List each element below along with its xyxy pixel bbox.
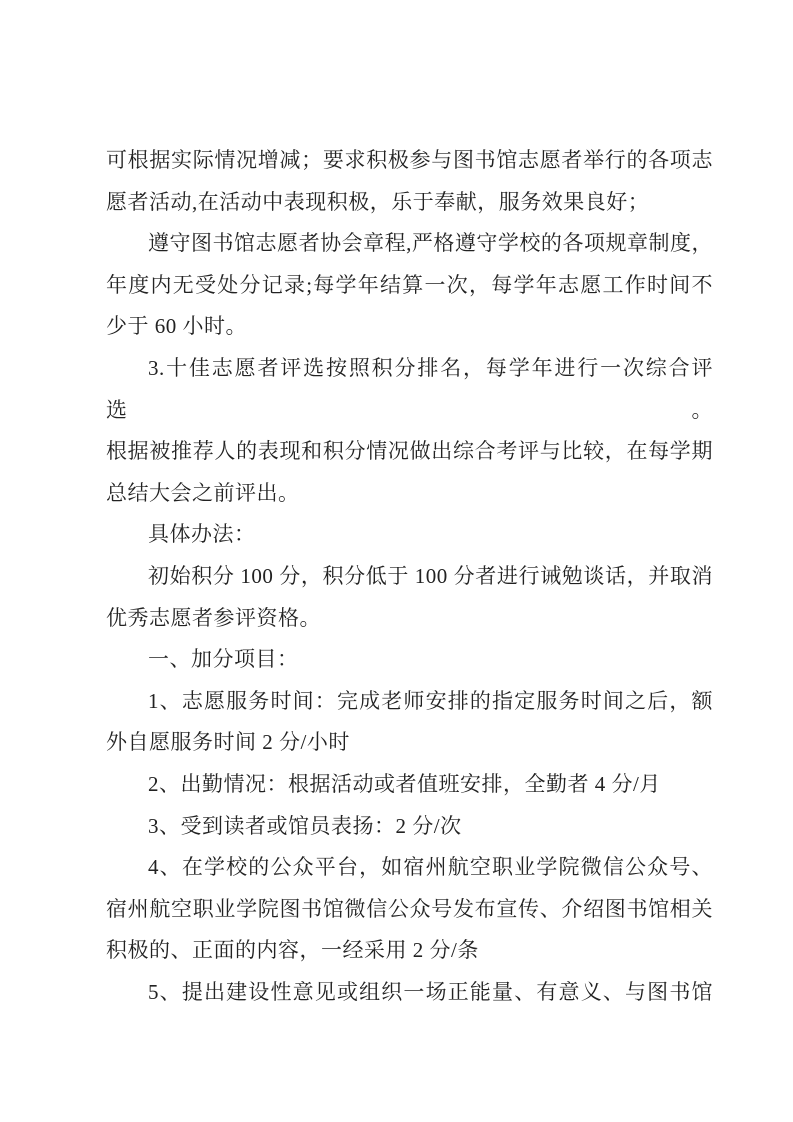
text-line: 积极的、正面的内容，一经采用 2 分/条	[106, 930, 713, 972]
document-page: 可根据实际情况增减；要求积极参与图书馆志愿者举行的各项志 愿者活动,在活动中表现…	[0, 0, 793, 1122]
text-line: 4、在学校的公众平台，如宿州航空职业学院微信公众号、	[106, 847, 713, 889]
text-line: 初始积分 100 分，积分低于 100 分者进行诫勉谈话，并取消	[106, 556, 713, 598]
text-line: 总结大会之前评出。	[106, 473, 713, 515]
text-line: 外自愿服务时间 2 分/小时	[106, 722, 713, 764]
text-line: 5、提出建设性意见或组织一场正能量、有意义、与图书馆	[106, 972, 713, 1014]
text-line: 2、出勤情况：根据活动或者值班安排，全勤者 4 分/月	[106, 764, 713, 806]
text-line: 根据被推荐人的表现和积分情况做出综合考评与比较，在每学期	[106, 431, 713, 473]
text-line: 可根据实际情况增减；要求积极参与图书馆志愿者举行的各项志	[106, 140, 713, 182]
text-line: 优秀志愿者参评资格。	[106, 598, 713, 640]
text-line: 少于 60 小时。	[106, 306, 713, 348]
text-line: 3、受到读者或馆员表扬：2 分/次	[106, 806, 713, 848]
text-line: 宿州航空职业学院图书馆微信公众号发布宣传、介绍图书馆相关	[106, 889, 713, 931]
text-line: 具体办法：	[106, 514, 713, 556]
text-line: 一、加分项目：	[106, 639, 713, 681]
text-line: 1、志愿服务时间：完成老师安排的指定服务时间之后，额	[106, 681, 713, 723]
text-line: 愿者活动,在活动中表现积极，乐于奉献，服务效果良好；	[106, 182, 713, 224]
text-line: 年度内无受处分记录;每学年结算一次，每学年志愿工作时间不	[106, 265, 713, 307]
text-line: 3.十佳志愿者评选按照积分排名，每学年进行一次综合评选。	[106, 348, 713, 431]
text-line: 遵守图书馆志愿者协会章程,严格遵守学校的各项规章制度，	[106, 223, 713, 265]
document-text-block: 可根据实际情况增减；要求积极参与图书馆志愿者举行的各项志 愿者活动,在活动中表现…	[0, 0, 793, 1013]
